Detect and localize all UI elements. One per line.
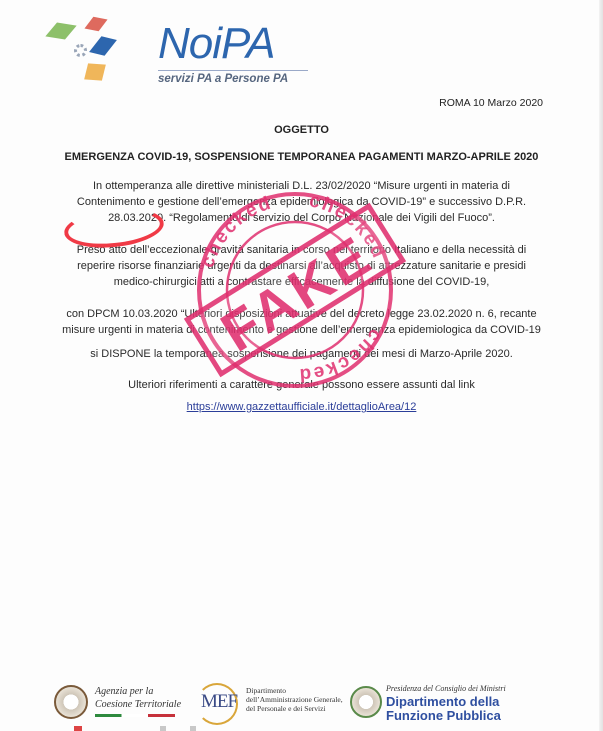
document-heading: OGGETTO <box>0 124 603 136</box>
cropped-footer-fragment <box>190 726 196 731</box>
paragraph-line: In ottemperanza alle direttive ministeri… <box>0 178 603 194</box>
agenzia-line: Agenzia per la <box>95 685 181 698</box>
paragraph-line: Contenimento e gestione dell’emergenza e… <box>0 194 603 210</box>
logo-gear-icon <box>74 44 87 57</box>
mef-line: del Personale e dei Servizi <box>246 704 343 713</box>
mef-line: Dipartimento <box>246 686 343 695</box>
mef-line: dell’Amministrazione Generale, <box>246 695 343 704</box>
logo-green-square <box>45 23 76 40</box>
dfp-line: Dipartimento della <box>386 695 501 709</box>
dfp-presidenza: Presidenza del Consiglio dei Ministri <box>386 684 506 693</box>
mef-department-text: Dipartimento dell’Amministrazione Genera… <box>246 686 343 713</box>
paragraph-line: si DISPONE la temporanea sospensione dei… <box>0 346 603 362</box>
page-edge <box>599 0 603 731</box>
paragraph-line: reperire risorse finanziarie urgenti da … <box>0 258 603 274</box>
paragraph-dpcm: con DPCM 10.03.2020 “Ulteriori disposizi… <box>0 306 603 338</box>
brand-name: NoiPA <box>158 22 274 66</box>
paragraph-dispone: si DISPONE la temporanea sospensione dei… <box>0 346 603 362</box>
mef-logo: MEF <box>201 691 237 713</box>
italian-flag-stripe <box>95 714 175 717</box>
gazzetta-link-text[interactable]: https://www.gazzettaufficiale.it/dettagl… <box>187 401 417 413</box>
paragraph-references: Ulteriori riferimenti a carattere genera… <box>0 377 603 393</box>
document-date: ROMA 10 Marzo 2020 <box>439 97 543 109</box>
dfp-logo: Dipartimento della Funzione Pubblica <box>386 695 501 723</box>
logo-red-square <box>84 17 107 32</box>
paragraph-gravity: Preso atto dell’eccezionale gravità sani… <box>0 242 603 290</box>
italian-republic-emblem-icon <box>54 685 88 719</box>
italian-republic-emblem-icon <box>350 686 382 718</box>
logo-orange-square <box>84 63 106 80</box>
logo-blue-square <box>89 36 117 55</box>
noipa-logo: NoiPA servizi PA a Persone PA <box>46 14 266 84</box>
paragraph-line: con DPCM 10.03.2020 “Ulteriori disposizi… <box>0 306 603 322</box>
agenzia-coesione-logo: Agenzia per la Coesione Territoriale <box>95 685 181 711</box>
document-subject: EMERGENZA COVID-19, SOSPENSIONE TEMPORAN… <box>0 151 603 163</box>
paragraph-line: Ulteriori riferimenti a carattere genera… <box>0 377 603 393</box>
cropped-footer-fragment <box>74 726 82 731</box>
paragraph-line: medico-chirurgici atti a contrastare eff… <box>0 274 603 290</box>
dfp-line: Funzione Pubblica <box>386 709 501 723</box>
cropped-footer-fragment <box>160 726 166 731</box>
footer-logos: Agenzia per la Coesione Territoriale MEF… <box>0 680 603 731</box>
paragraph-line: misure urgenti in materia di conteniment… <box>0 322 603 338</box>
brand-tagline: servizi PA a Persone PA <box>158 73 288 85</box>
agenzia-line: Coesione Territoriale <box>95 698 181 711</box>
logo-rule <box>158 70 308 71</box>
gazzetta-link[interactable]: https://www.gazzettaufficiale.it/dettagl… <box>0 401 603 413</box>
